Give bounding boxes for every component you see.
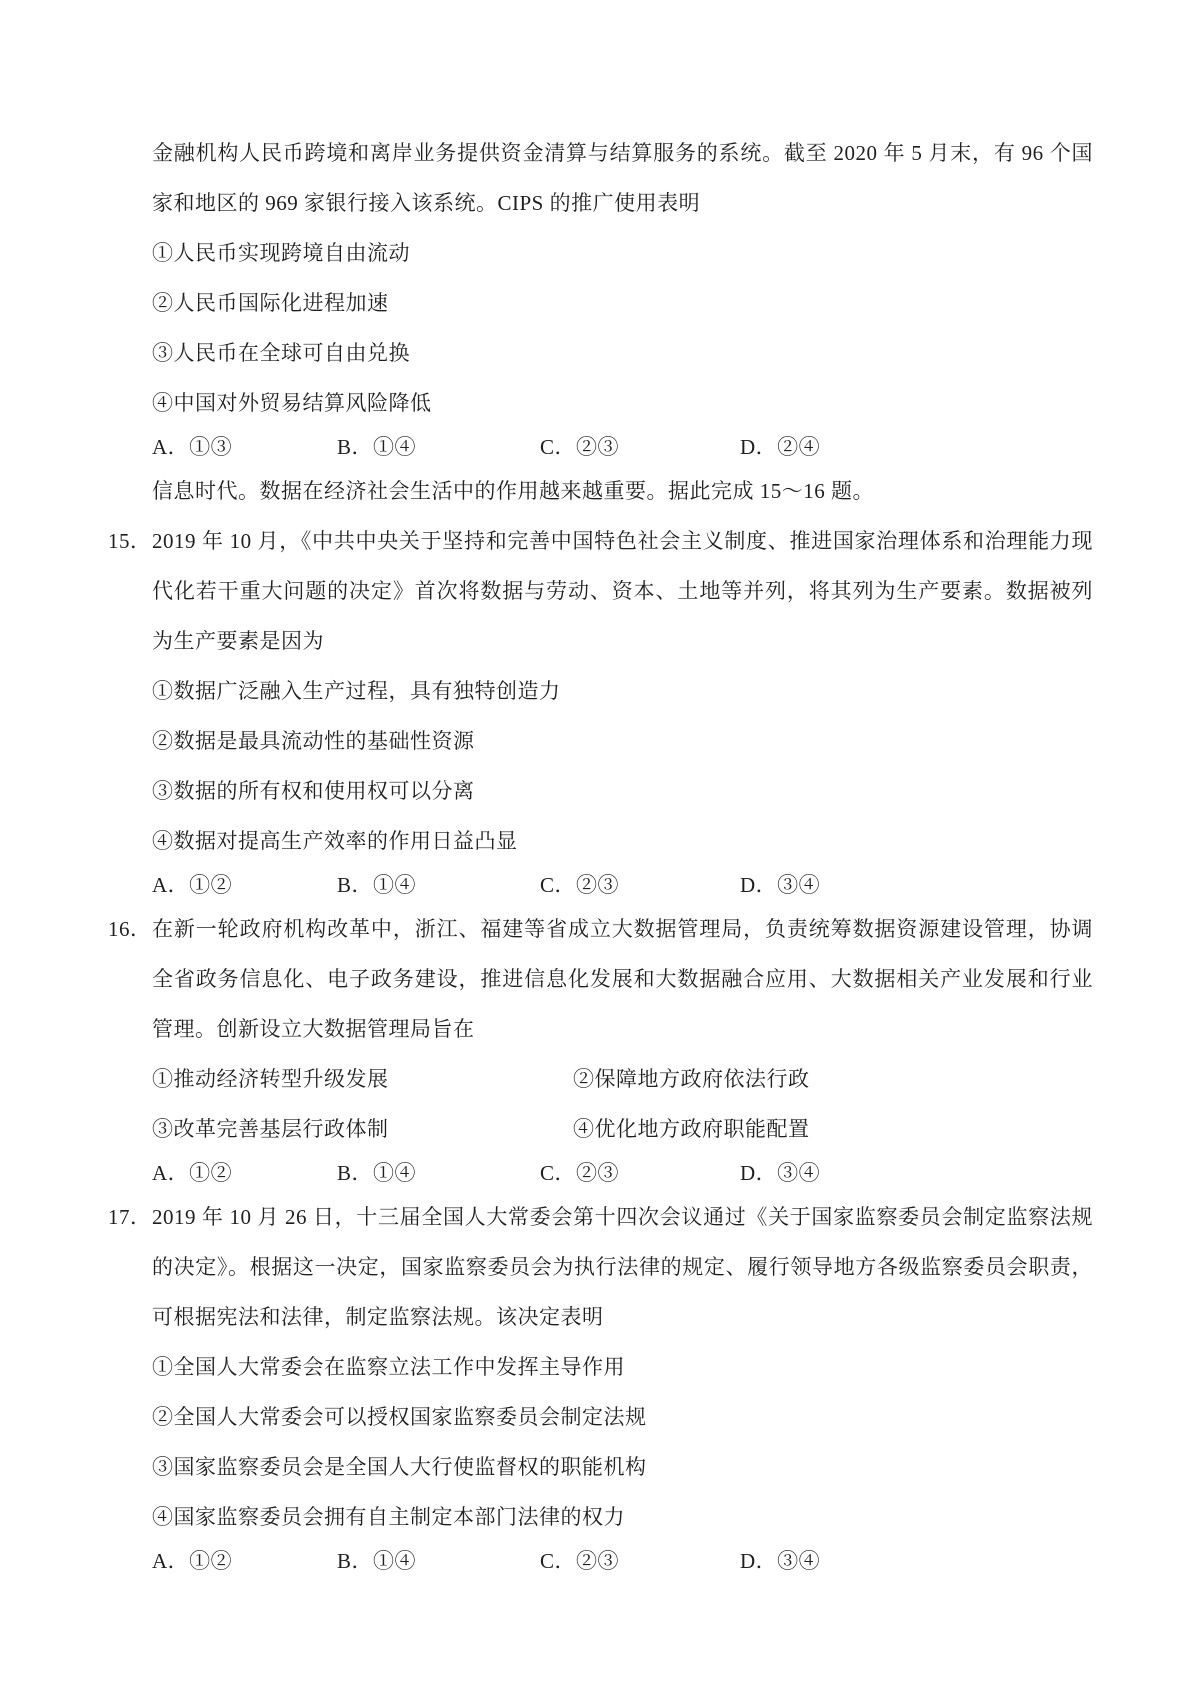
- option-item-4: ④国家监察委员会拥有自主制定本部门法律的权力: [152, 1492, 1093, 1542]
- option-item-2: ②保障地方政府依法行政: [573, 1054, 1093, 1104]
- option-item-3: ③国家监察委员会是全国人大行使监督权的职能机构: [152, 1442, 1093, 1492]
- option-item-3: ③数据的所有权和使用权可以分离: [152, 766, 1093, 816]
- answer-choice-b: B．①④: [337, 1536, 540, 1586]
- option-item-1: ①全国人大常委会在监察立法工作中发挥主导作用: [152, 1342, 1093, 1392]
- question-stem: 2019 年 10 月，《中共中央关于坚持和完善中国特色社会主义制度、推进国家治…: [152, 516, 1093, 666]
- answer-choice-d: D．③④: [740, 860, 1093, 910]
- answer-choice-a: A．①②: [152, 860, 337, 910]
- lead-in-text: 信息时代。数据在经济社会生活中的作用越来越重要。据此完成 15～16 题。: [152, 466, 1093, 516]
- question-17: 17． 2019 年 10 月 26 日，十三届全国人大常委会第十四次会议通过《…: [152, 1192, 1093, 1586]
- question-stem: 2019 年 10 月 26 日，十三届全国人大常委会第十四次会议通过《关于国家…: [152, 1192, 1093, 1342]
- option-item-1: ①推动经济转型升级发展: [152, 1054, 573, 1104]
- page-content: 金融机构人民币跨境和离岸业务提供资金清算与结算服务的系统。截至 2020 年 5…: [152, 128, 1093, 1580]
- answer-choice-d: D．③④: [740, 1536, 1093, 1586]
- intro-passage: 金融机构人民币跨境和离岸业务提供资金清算与结算服务的系统。截至 2020 年 5…: [152, 128, 1093, 472]
- answer-row: A．①② B．①④ C．②③ D．③④: [152, 1148, 1093, 1198]
- passage-text: 金融机构人民币跨境和离岸业务提供资金清算与结算服务的系统。截至 2020 年 5…: [152, 128, 1093, 228]
- question-stem: 在新一轮政府机构改革中，浙江、福建等省成立大数据管理局，负责统筹数据资源建设管理…: [152, 904, 1093, 1054]
- answer-choice-a: A．①②: [152, 1536, 337, 1586]
- answer-choice-a: A．①③: [152, 422, 337, 472]
- option-item-4: ④优化地方政府职能配置: [573, 1104, 1093, 1154]
- question-number: 17．: [108, 1192, 152, 1242]
- option-item-2: ②人民币国际化进程加速: [152, 278, 1093, 328]
- option-item-2: ②数据是最具流动性的基础性资源: [152, 716, 1093, 766]
- question-number: 15．: [108, 516, 152, 566]
- option-item-2: ②全国人大常委会可以授权国家监察委员会制定法规: [152, 1392, 1093, 1442]
- answer-row: A．①③ B．①④ C．②③ D．②④: [152, 422, 1093, 472]
- answer-row: A．①② B．①④ C．②③ D．③④: [152, 860, 1093, 910]
- answer-choice-c: C．②③: [540, 860, 740, 910]
- option-item-1: ①人民币实现跨境自由流动: [152, 228, 1093, 278]
- option-item-3: ③改革完善基层行政体制: [152, 1104, 573, 1154]
- answer-choice-b: B．①④: [337, 1148, 540, 1198]
- question-15: 15． 2019 年 10 月，《中共中央关于坚持和完善中国特色社会主义制度、推…: [152, 516, 1093, 910]
- option-item-1: ①数据广泛融入生产过程，具有独特创造力: [152, 666, 1093, 716]
- answer-choice-c: C．②③: [540, 1536, 740, 1586]
- exam-page: 金融机构人民币跨境和离岸业务提供资金清算与结算服务的系统。截至 2020 年 5…: [0, 0, 1200, 1698]
- option-item-3: ③人民币在全球可自由兑换: [152, 328, 1093, 378]
- option-grid: ①推动经济转型升级发展 ②保障地方政府依法行政 ③改革完善基层行政体制 ④优化地…: [152, 1054, 1093, 1154]
- answer-choice-d: D．②④: [740, 422, 1093, 472]
- question-16: 16． 在新一轮政府机构改革中，浙江、福建等省成立大数据管理局，负责统筹数据资源…: [152, 904, 1093, 1198]
- answer-choice-c: C．②③: [540, 422, 740, 472]
- answer-row: A．①② B．①④ C．②③ D．③④: [152, 1536, 1093, 1586]
- answer-choice-d: D．③④: [740, 1148, 1093, 1198]
- answer-choice-b: B．①④: [337, 422, 540, 472]
- option-item-4: ④中国对外贸易结算风险降低: [152, 378, 1093, 428]
- option-item-4: ④数据对提高生产效率的作用日益凸显: [152, 816, 1093, 866]
- answer-choice-c: C．②③: [540, 1148, 740, 1198]
- answer-choice-b: B．①④: [337, 860, 540, 910]
- question-number: 16．: [108, 904, 152, 954]
- answer-choice-a: A．①②: [152, 1148, 337, 1198]
